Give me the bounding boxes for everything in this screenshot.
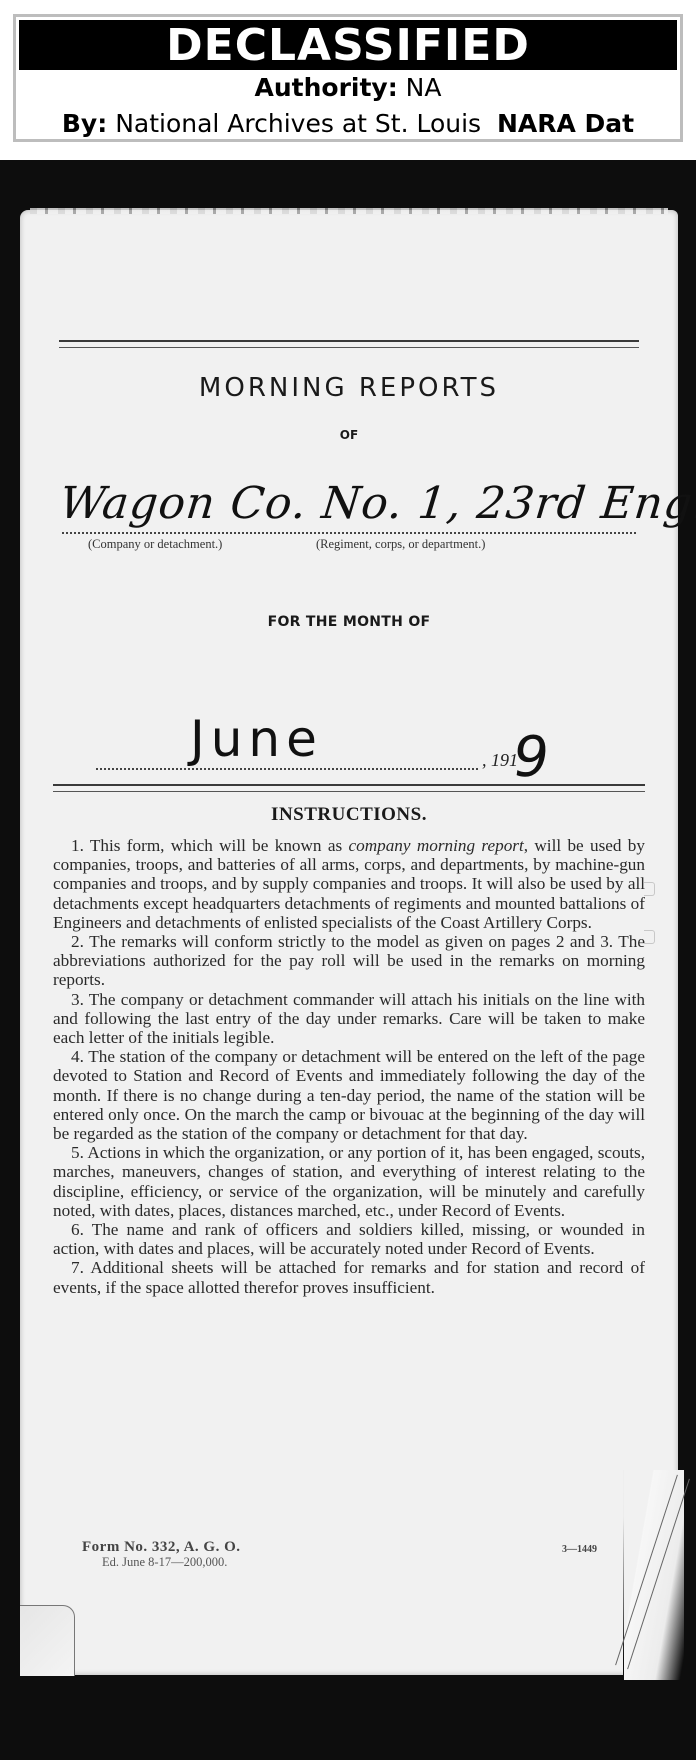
- form-number: Form No. 332, A. G. O.: [82, 1539, 241, 1556]
- unit-handwritten-entry: Wagon Co. No. 1, 23rd Engrs.: [57, 478, 696, 529]
- folded-corner-bottom-left: [20, 1605, 75, 1676]
- authority-label: Authority:: [255, 73, 398, 102]
- caption-company: (Company or detachment.): [88, 537, 222, 552]
- form-page: MORNING REPORTS OF Wagon Co. No. 1, 23rd…: [20, 210, 678, 1675]
- by-line: By: National Archives at St. Louis NARA …: [16, 109, 680, 138]
- by-label: By:: [62, 109, 107, 138]
- instruction-item: 4. The station of the company or detachm…: [53, 1047, 645, 1143]
- instruction-item: 2. The remarks will conform strictly to …: [53, 932, 645, 990]
- instruction-item: 1. This form, which will be known as com…: [53, 836, 645, 932]
- form-of-label: OF: [20, 428, 678, 442]
- mid-double-rule: [53, 784, 645, 792]
- caption-regiment: (Regiment, corps, or department.): [316, 537, 485, 552]
- month-dotted-line: [96, 768, 478, 770]
- instruction-item: 6. The name and rank of officers and sol…: [53, 1220, 645, 1258]
- form-edition: Ed. June 8-17—200,000.: [102, 1555, 227, 1570]
- print-code: 3—1449: [562, 1544, 597, 1555]
- authority-line: Authority: NA: [16, 73, 680, 102]
- declassified-title: DECLASSIFIED: [19, 20, 677, 70]
- unit-dotted-line: [62, 532, 636, 534]
- margin-bracket-mark: [644, 930, 655, 944]
- year-handwritten: 9: [508, 725, 553, 790]
- top-double-rule: [59, 340, 639, 348]
- folded-corner-bottom-right: [623, 1470, 684, 1680]
- instruction-item: 7. Additional sheets will be attached fo…: [53, 1258, 645, 1296]
- margin-bracket-mark: [644, 882, 655, 896]
- form-heading: MORNING REPORTS: [20, 373, 678, 403]
- month-handwritten-entry: June: [190, 710, 323, 768]
- by-value: National Archives at St. Louis: [115, 109, 481, 138]
- instructions-title: INSTRUCTIONS.: [20, 804, 678, 826]
- instruction-item: 5. Actions in which the organization, or…: [53, 1143, 645, 1220]
- nara-label: NARA Dat: [497, 109, 634, 138]
- scanned-document: MORNING REPORTS OF Wagon Co. No. 1, 23rd…: [0, 160, 696, 1760]
- for-month-label: FOR THE MONTH OF: [20, 614, 678, 630]
- instructions-list: 1. This form, which will be known as com…: [53, 836, 645, 1297]
- declassified-banner: DECLASSIFIED Authority: NA By: National …: [13, 14, 683, 142]
- authority-value: NA: [406, 73, 442, 102]
- instruction-item: 3. The company or detachment commander w…: [53, 990, 645, 1048]
